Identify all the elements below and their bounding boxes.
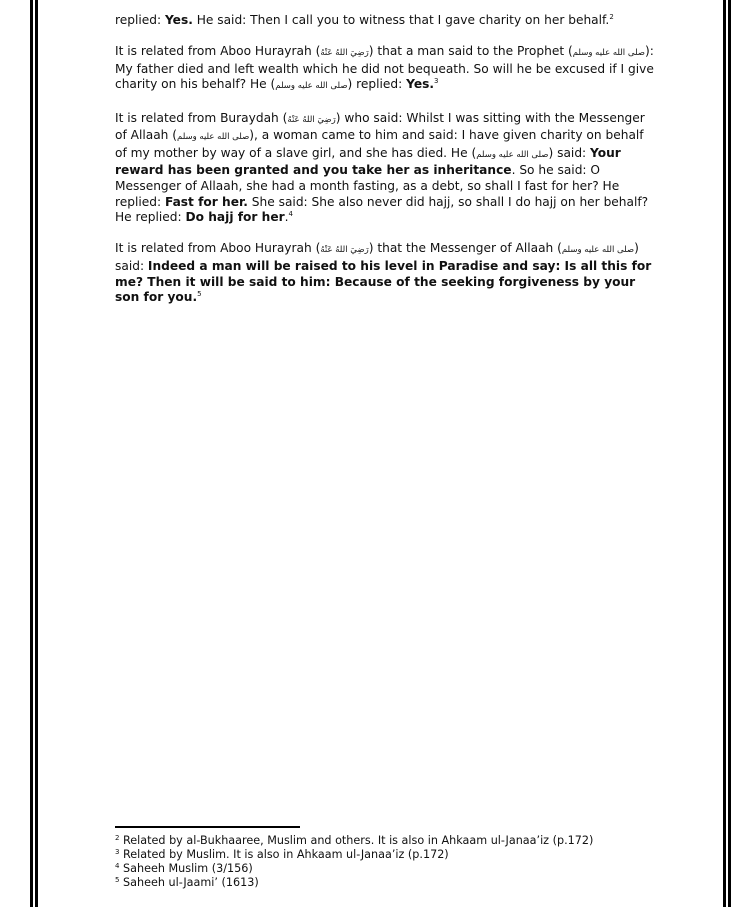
footnotes: 2 Related by al-Bukhaaree, Muslim and ot… [115, 834, 675, 890]
arabic-honorific: صلى الله عليه وسلم [562, 245, 634, 255]
bold-quote: Do hajj for her [186, 210, 285, 224]
arabic-honorific: صلى الله عليه وسلم [476, 150, 548, 160]
footnote-ref[interactable]: 2 [609, 13, 613, 21]
bold-quote: Indeed a man will be raised to his level… [115, 259, 651, 304]
bold-quote: Yes. [165, 13, 193, 27]
arabic-honorific: رَضِيَ اللهُ عَنْهُ [320, 245, 368, 255]
text-segment: It is related from Aboo Hurayrah ( [115, 44, 320, 58]
text-segment: ) replied: [348, 77, 407, 91]
footnote-number: 2 [115, 834, 119, 842]
footnote-text: Related by al-Bukhaaree, Muslim and othe… [123, 834, 593, 847]
footnote-ref[interactable]: 3 [434, 77, 438, 85]
footnote-text: Saheeh Muslim (3/156) [123, 862, 253, 875]
footnote-ref[interactable]: 4 [289, 210, 293, 218]
footnote-5: 5 Saheeh ul-Jaami’ (1613) [115, 876, 675, 890]
bold-quote: Fast for her. [165, 195, 248, 209]
text-segment: replied: [115, 13, 165, 27]
paragraph-2: It is related from Aboo Hurayrah (رَضِيَ… [115, 44, 655, 95]
text-segment: It is related from Buraydah ( [115, 111, 287, 125]
paragraph-1: replied: Yes. He said: Then I call you t… [115, 13, 655, 29]
footnote-number: 4 [115, 862, 119, 870]
arabic-honorific: رَضِيَ اللهُ عَنْهُ [320, 48, 368, 58]
footnote-separator [115, 826, 300, 828]
text-segment: ) that a man said to the Prophet ( [369, 44, 573, 58]
text-segment: ) said: [548, 146, 590, 160]
footnote-ref[interactable]: 5 [197, 290, 201, 298]
text-segment: He said: Then I call you to witness that… [193, 13, 609, 27]
footnote-text: Saheeh ul-Jaami’ (1613) [123, 876, 259, 889]
text-segment: ) that the Messenger of Allaah ( [369, 241, 562, 255]
arabic-honorific: رَضِيَ اللهُ عَنْهُ [287, 115, 335, 125]
arabic-honorific: صلى الله عليه وسلم [573, 48, 645, 58]
arabic-honorific: صلى الله عليه وسلم [177, 132, 249, 142]
bold-quote: Yes. [406, 77, 434, 91]
footnote-text: Related by Muslim. It is also in Ahkaam … [123, 848, 449, 861]
footnote-2: 2 Related by al-Bukhaaree, Muslim and ot… [115, 834, 675, 848]
footnote-3: 3 Related by Muslim. It is also in Ahkaa… [115, 848, 675, 862]
paragraph-4: It is related from Aboo Hurayrah (رَضِيَ… [115, 241, 655, 305]
page-border-right-outer [728, 0, 731, 907]
page-border-right-inner [723, 0, 726, 907]
page-border-left-inner [35, 0, 38, 907]
text-segment: It is related from Aboo Hurayrah ( [115, 241, 320, 255]
page-border-left-outer [30, 0, 33, 907]
paragraph-3: It is related from Buraydah (رَضِيَ الله… [115, 111, 655, 226]
footnote-4: 4 Saheeh Muslim (3/156) [115, 862, 675, 876]
footnote-number: 3 [115, 848, 119, 856]
arabic-honorific: صلى الله عليه وسلم [275, 81, 347, 91]
body-text: replied: Yes. He said: Then I call you t… [115, 13, 655, 321]
footnote-number: 5 [115, 876, 119, 884]
